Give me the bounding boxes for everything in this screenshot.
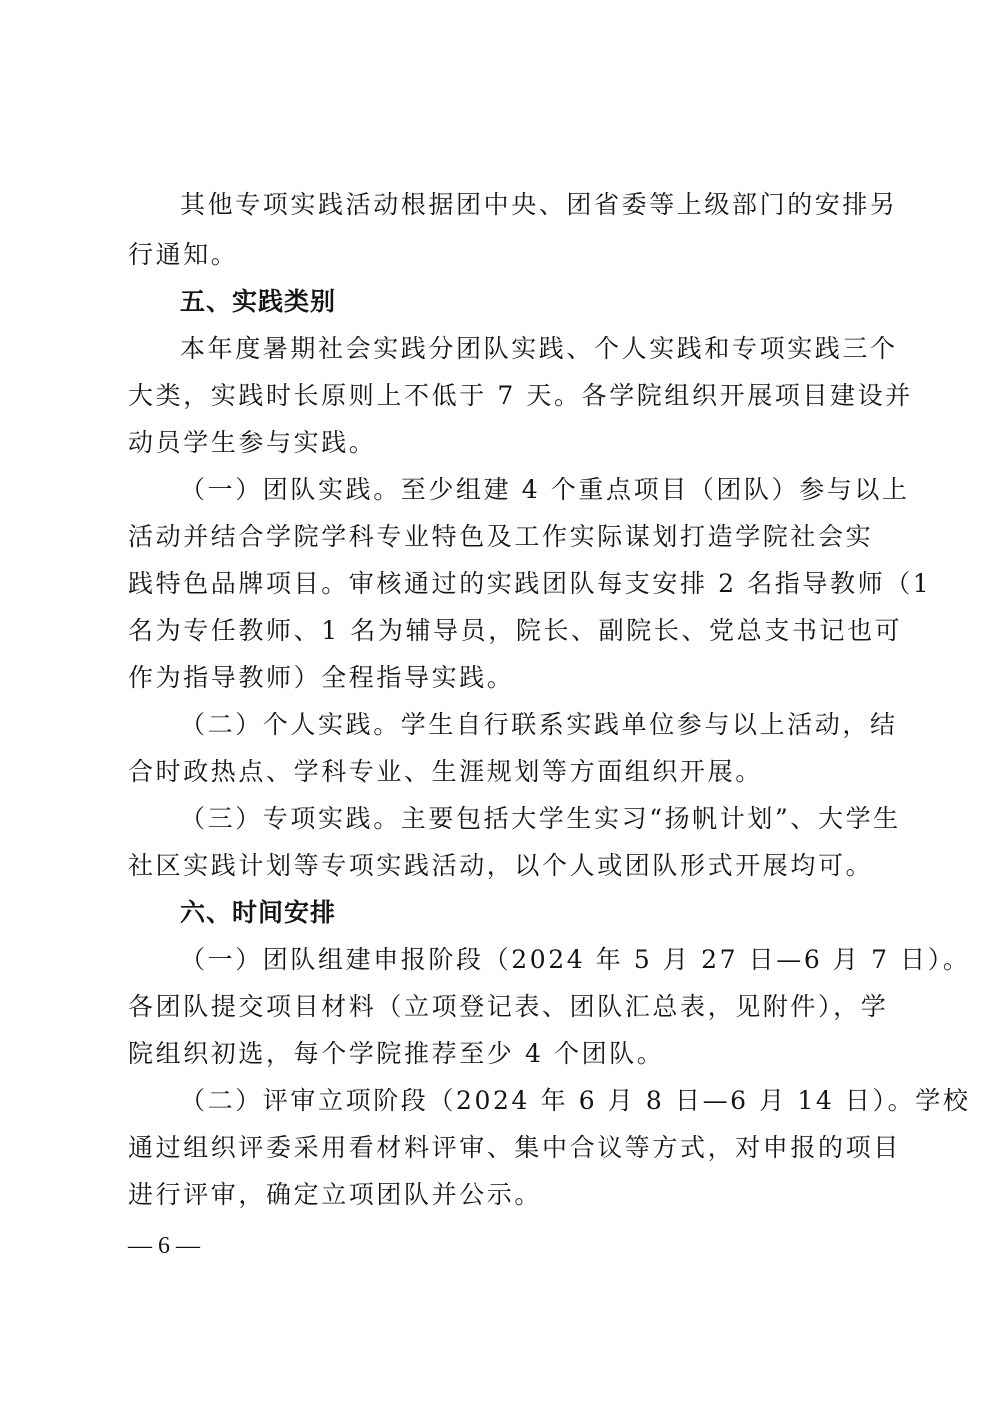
body-text-line: 大类，实践时长原则上不低于 7 天。各学院组织开展项目建设并 xyxy=(128,381,872,411)
body-text-line: 践特色品牌项目。审核通过的实践团队每支安排 2 名指导教师（1 xyxy=(128,569,872,599)
body-text-line: （三）专项实践。主要包括大学生实习“扬帆计划”、大学生 xyxy=(180,804,872,834)
document-page: 其他专项实践活动根据团中央、团省委等上级部门的安排另 行通知。 五、实践类别 本… xyxy=(0,0,999,1414)
section-heading-schedule: 六、时间安排 xyxy=(180,898,872,928)
body-text-line: 各团队提交项目材料（立项登记表、团队汇总表，见附件），学 xyxy=(128,992,872,1022)
body-text-line: （一）团队实践。至少组建 4 个重点项目（团队）参与以上 xyxy=(180,475,872,505)
body-text-line: 院组织初选，每个学院推荐至少 4 个团队。 xyxy=(128,1039,872,1069)
body-text-line: 进行评审，确定立项团队并公示。 xyxy=(128,1180,872,1210)
body-text-line: 动员学生参与实践。 xyxy=(128,428,872,458)
section-heading-practice-categories: 五、实践类别 xyxy=(180,287,872,317)
body-text-line: （二）评审立项阶段（2024 年 6 月 8 日—6 月 14 日）。学校 xyxy=(180,1086,872,1116)
body-text-line: 通过组织评委采用看材料评审、集中合议等方式，对申报的项目 xyxy=(128,1133,872,1163)
body-text-line: 社区实践计划等专项实践活动，以个人或团队形式开展均可。 xyxy=(128,851,872,881)
body-text-line: 作为指导教师）全程指导实践。 xyxy=(128,663,872,693)
body-text-line: 行通知。 xyxy=(128,240,872,270)
body-text-line: 活动并结合学院学科专业特色及工作实际谋划打造学院社会实 xyxy=(128,522,872,552)
body-text-line: 名为专任教师、1 名为辅导员，院长、副院长、党总支书记也可 xyxy=(128,616,872,646)
body-text-line: （一）团队组建申报阶段（2024 年 5 月 27 日—6 月 7 日）。 xyxy=(180,945,872,975)
body-text-line: （二）个人实践。学生自行联系实践单位参与以上活动，结 xyxy=(180,710,872,740)
body-text-line: 本年度暑期社会实践分团队实践、个人实践和专项实践三个 xyxy=(180,334,872,364)
body-text-line: 其他专项实践活动根据团中央、团省委等上级部门的安排另 xyxy=(180,190,872,220)
page-number: — 6 — xyxy=(128,1232,200,1260)
body-text-line: 合时政热点、学科专业、生涯规划等方面组织开展。 xyxy=(128,757,872,787)
